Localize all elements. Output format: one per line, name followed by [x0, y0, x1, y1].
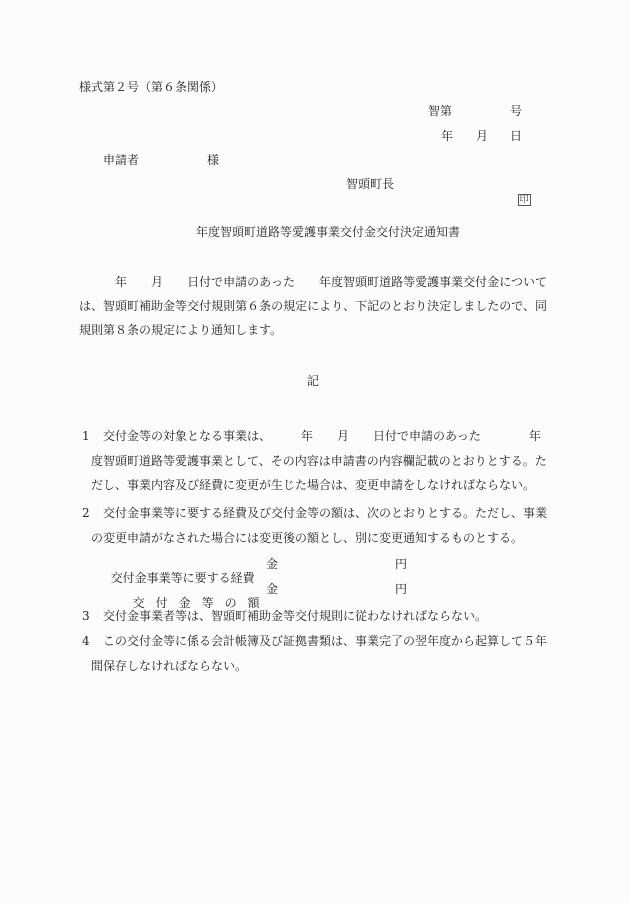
intro-year: 年 — [115, 275, 127, 289]
date-month: 月 — [476, 129, 488, 143]
item-text: 交付金事業者等は、智頭町補助金等交付規則に従わなければならない。 — [79, 604, 547, 629]
amount-prefix: 金 — [266, 557, 278, 571]
item-text: 交付金事業等に要する経費及び交付金等の額は、次のとおりとする。ただし、事業の変更… — [79, 501, 547, 550]
doc-number-prefix: 智第 — [428, 104, 452, 118]
intro-paragraph: 年月日付で申請のあった 年度智頭町道路等愛護事業交付金については、智頭町補助金等… — [79, 270, 547, 342]
item-text: この交付金等に係る会計帳簿及び証拠書類は、事業完了の翌年度から起算して５年間保存… — [79, 629, 547, 678]
amount-row-expenses: 交付金事業等に要する経費 — [103, 557, 255, 585]
amount-unit: 円 — [395, 582, 407, 596]
item-number: 1 — [82, 424, 90, 449]
item-number: 2 — [82, 501, 90, 526]
seal-mark: 印 — [510, 177, 531, 206]
intro-text: 日付で申請のあった 年度智頭町道路等愛護事業交付金については、智頭町補助金等交付… — [79, 275, 547, 337]
date-day: 日 — [510, 129, 522, 143]
list-item-4: 4 この交付金等に係る会計帳簿及び証拠書類は、事業完了の翌年度から起算して５年間… — [79, 629, 547, 678]
issuer-title: 智頭町長 — [346, 177, 394, 191]
date-year: 年 — [441, 129, 453, 143]
item-number: 4 — [82, 629, 90, 654]
doc-number-suffix: 号 — [510, 104, 522, 118]
item-text: 交付金等の対象となる事業は、 年 月 日付で申請のあった 年度智頭町道路等愛護事… — [79, 424, 547, 498]
ki-heading: 記 — [307, 374, 319, 388]
intro-month: 月 — [151, 275, 163, 289]
list-item-3: 3 交付金事業者等は、智頭町補助金等交付規則に従わなければならない。 — [79, 604, 547, 629]
recipient-label: 申請者 — [103, 153, 139, 167]
seal-icon: 印 — [518, 194, 531, 206]
recipient-honorific: 様 — [207, 153, 219, 167]
form-number: 様式第２号（第６条関係） — [79, 80, 223, 94]
list-item-1: 1 交付金等の対象となる事業は、 年 月 日付で申請のあった 年度智頭町道路等愛… — [79, 424, 547, 498]
list-item-2: 2 交付金事業等に要する経費及び交付金等の額は、次のとおりとする。ただし、事業の… — [79, 501, 547, 550]
document-title: 年度智頭町道路等愛護事業交付金交付決定通知書 — [196, 225, 460, 239]
amount-prefix: 金 — [266, 582, 278, 596]
item-number: 3 — [82, 604, 90, 629]
amount-unit: 円 — [395, 557, 407, 571]
